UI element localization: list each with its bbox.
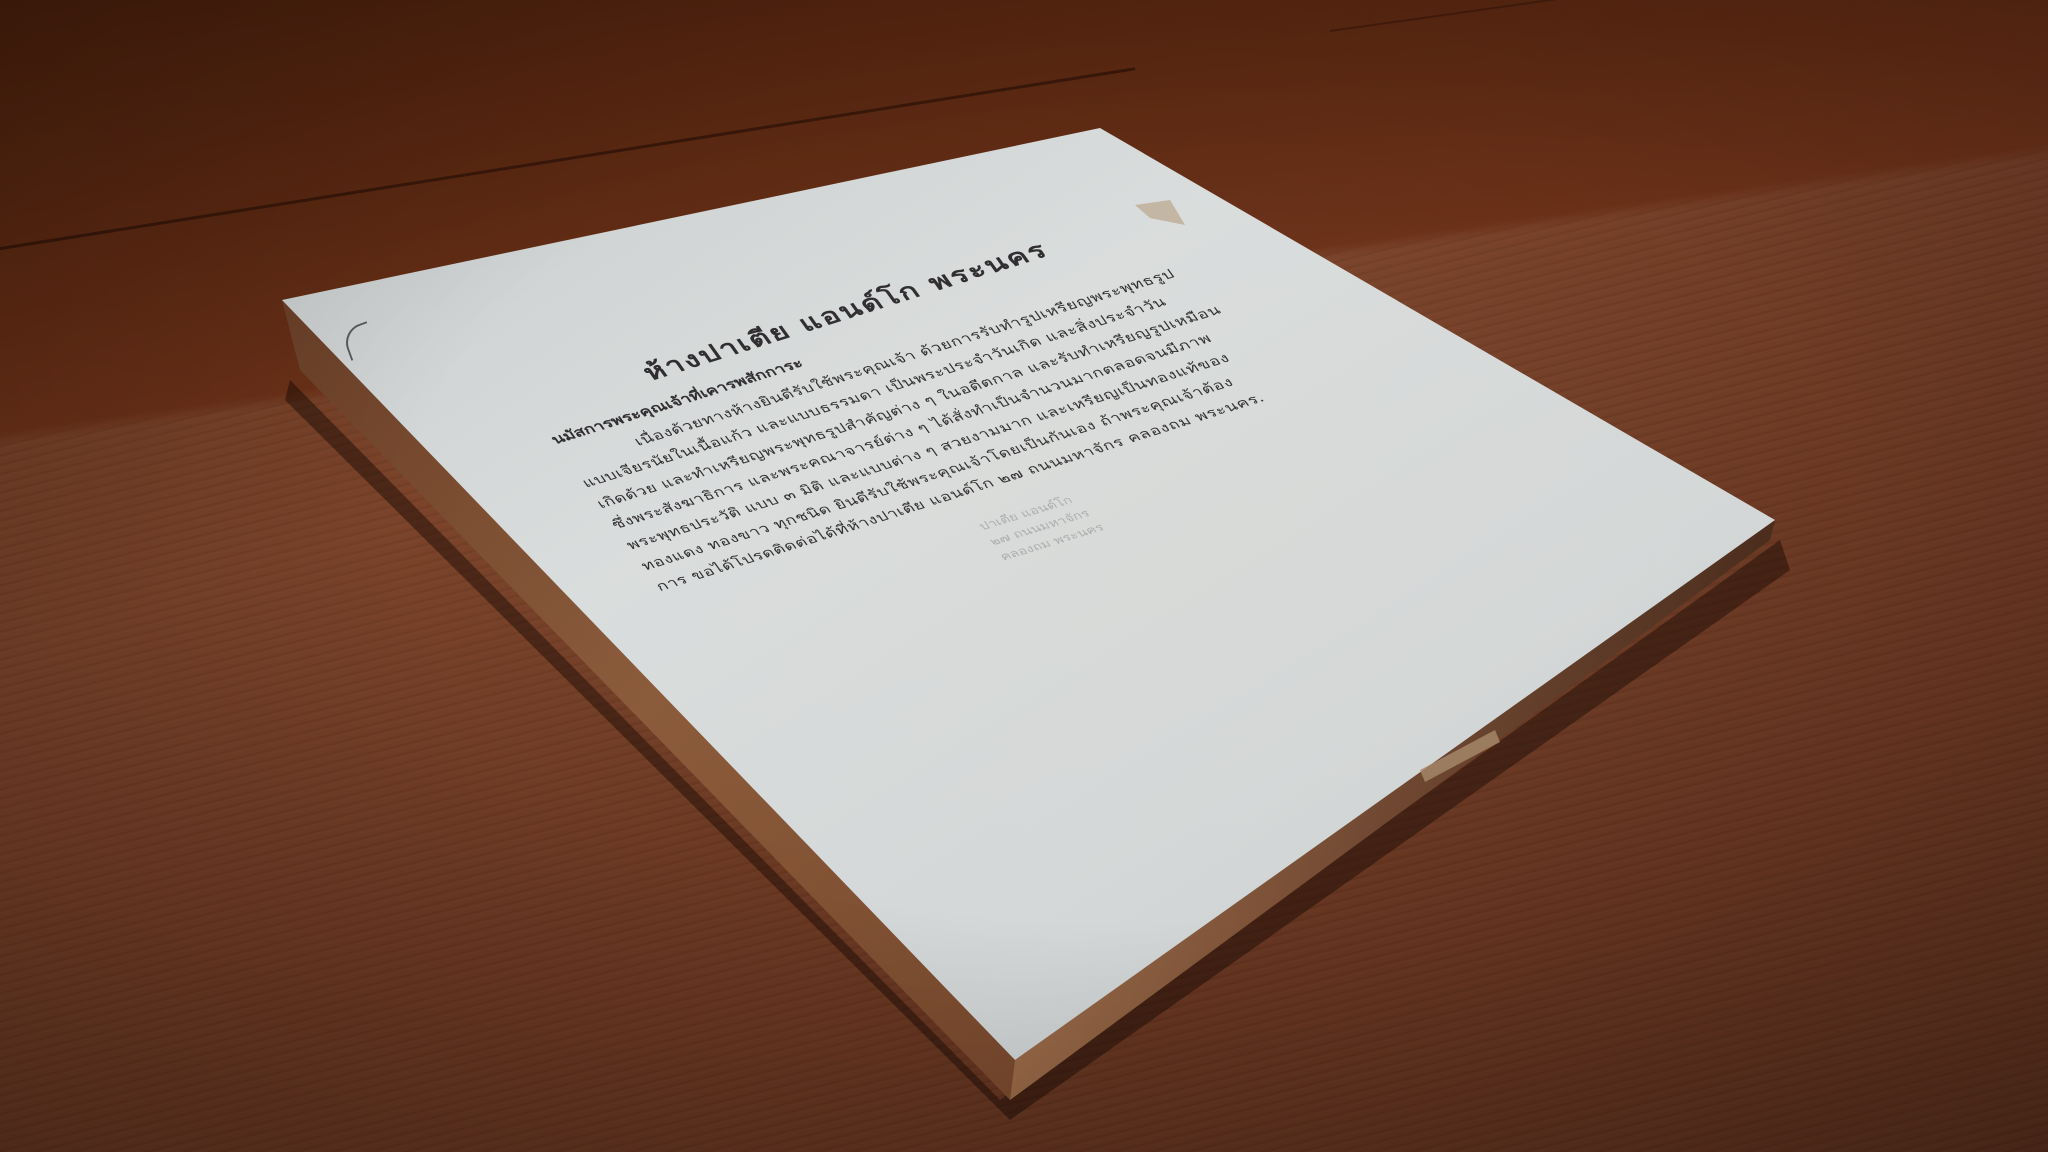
book	[0, 0, 2048, 1152]
